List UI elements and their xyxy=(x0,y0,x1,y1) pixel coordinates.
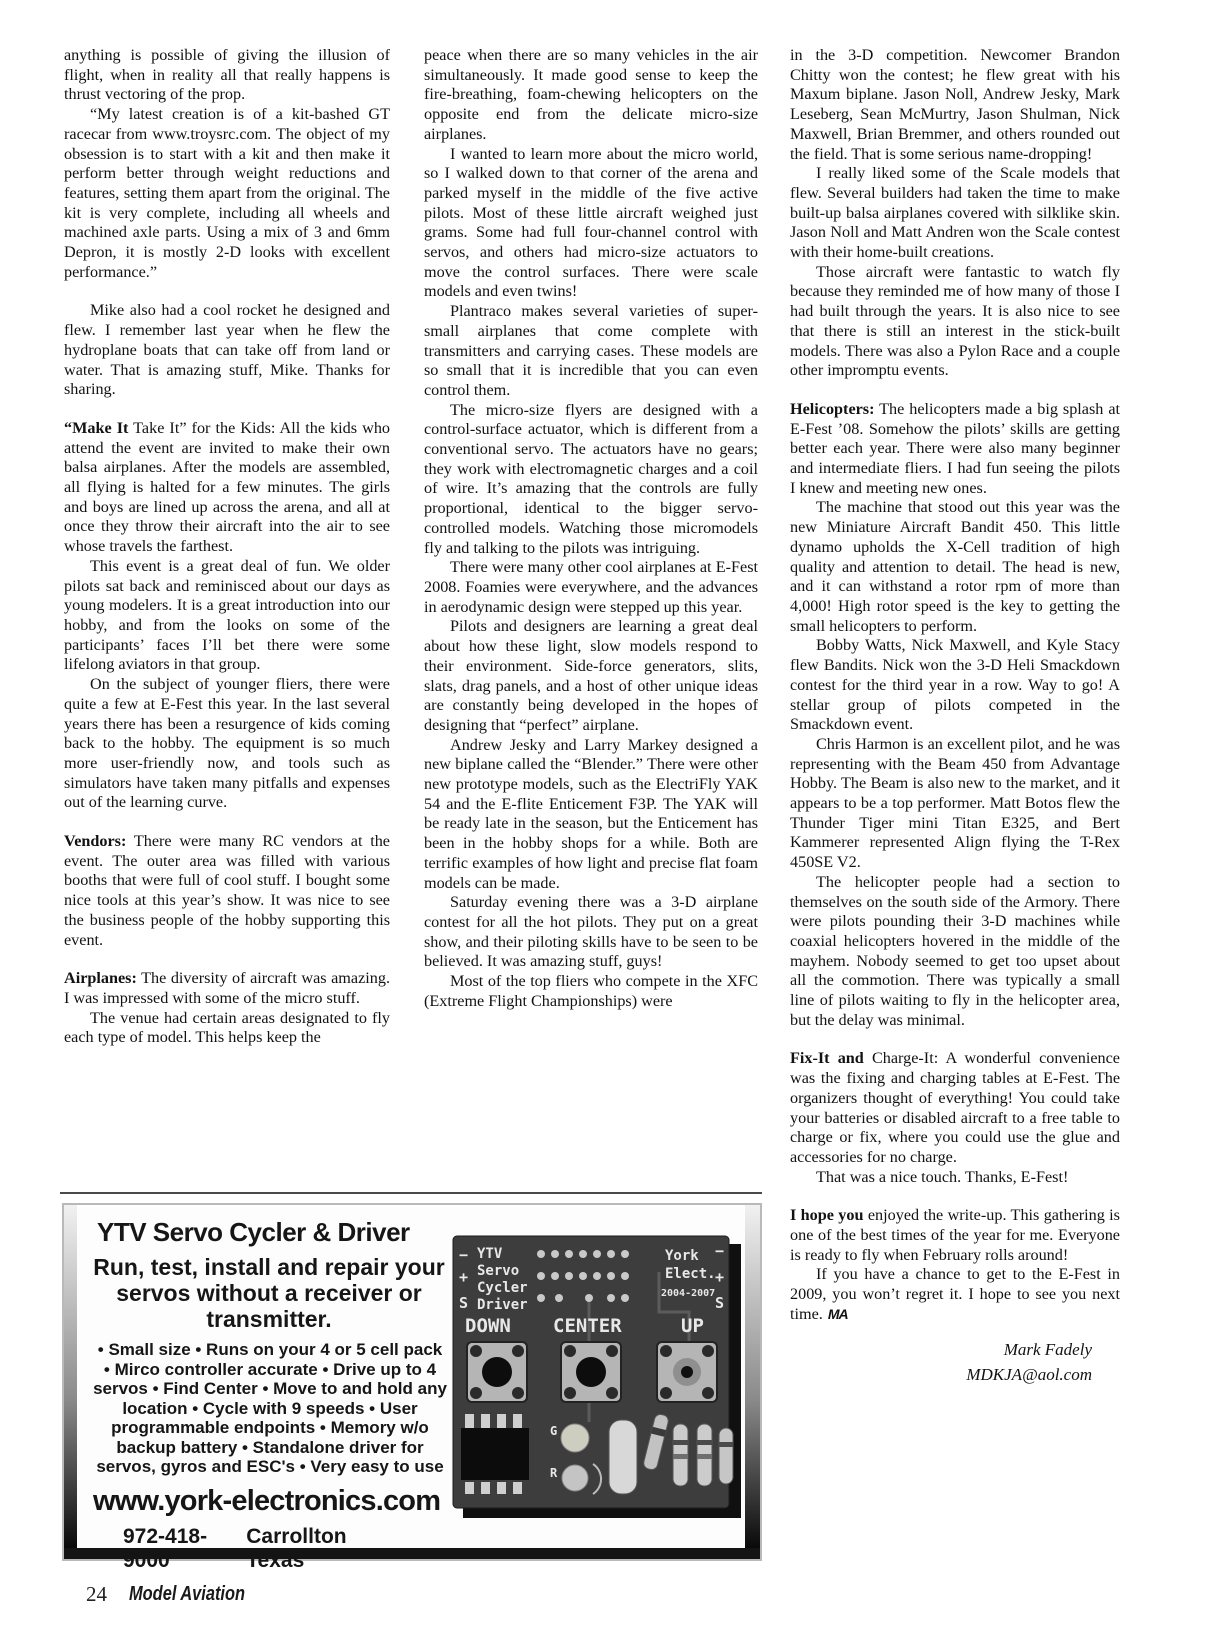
paragraph: On the subject of younger fliers, there … xyxy=(64,675,390,813)
paragraph: The venue had certain areas designated t… xyxy=(64,1009,390,1048)
paragraph: There were many other cool airplanes at … xyxy=(424,558,758,617)
paragraph: I wanted to learn more about the micro w… xyxy=(424,145,758,303)
column-3: in the 3-D competition. Newcomer Brandon… xyxy=(790,46,1120,1325)
author-signature: Mark Fadely MDKJA@aol.com xyxy=(790,1337,1120,1387)
board-label-years: 2004-2007 xyxy=(661,1288,715,1299)
text-column-1: anything is possible of giving the illus… xyxy=(64,46,390,1184)
ad-title: YTV Servo Cycler & Driver xyxy=(97,1217,449,1248)
paragraph: Pilots and designers are learning a grea… xyxy=(424,617,758,735)
ad-text-block: YTV Servo Cycler & Driver Run, test, ins… xyxy=(77,1207,449,1548)
paragraph: Chris Harmon is an excellent pilot, and … xyxy=(790,735,1120,873)
divider-rule xyxy=(60,1192,762,1194)
board-button-label-down: DOWN xyxy=(465,1315,511,1337)
paragraph: Those aircraft were fantastic to watch f… xyxy=(790,263,1120,381)
board-label-york: York xyxy=(665,1248,699,1264)
board-label-driver: Driver xyxy=(477,1297,528,1313)
text-column-3: in the 3-D competition. Newcomer Brandon… xyxy=(790,46,1120,1387)
board-button-label-up: UP xyxy=(681,1315,704,1337)
paragraph: peace when there are so many vehicles in… xyxy=(424,46,758,145)
paragraph: in the 3-D competition. Newcomer Brandon… xyxy=(790,46,1120,164)
ad-subtitle: Run, test, install and repair your servo… xyxy=(93,1255,445,1332)
board-label-elect: Elect. xyxy=(665,1266,716,1282)
board-label-servo: Servo xyxy=(477,1263,519,1279)
board-left-symbol-plus: + xyxy=(459,1268,468,1286)
paragraph: That was a nice touch. Thanks, E-Fest! xyxy=(790,1168,1120,1188)
paragraph: If you have a chance to get to the E-Fes… xyxy=(790,1265,1120,1324)
paragraph: Mike also had a cool rocket he designed … xyxy=(64,301,390,400)
page-number: 24 xyxy=(86,1582,107,1607)
ad-feature-list: • Small size • Runs on your 4 or 5 cell … xyxy=(93,1340,447,1477)
paragraph: “My latest creation is of a kit-bashed G… xyxy=(64,105,390,282)
board-led-label-g: G xyxy=(550,1424,557,1438)
paragraph: Most of the top fliers who compete in th… xyxy=(424,972,758,1011)
paragraph: The helicopter people had a section to t… xyxy=(790,873,1120,1031)
paragraph: The machine that stood out this year was… xyxy=(790,498,1120,636)
board-left-symbol-minus: − xyxy=(459,1246,468,1264)
ad-frame-left xyxy=(64,1205,77,1559)
board-label-cycler: Cycler xyxy=(477,1280,528,1296)
board-right-symbol-s: S xyxy=(715,1294,724,1312)
end-of-article-mark: MA xyxy=(828,1306,848,1322)
ad-frame-right xyxy=(745,1205,760,1559)
led-green xyxy=(561,1424,589,1452)
tact-switch-down xyxy=(467,1342,527,1402)
capacitor xyxy=(609,1420,637,1494)
text-column-2: peace when there are so many vehicles in… xyxy=(424,46,758,1184)
magazine-logo: Model Aviation xyxy=(129,1583,245,1606)
paragraph: Helicopters: The helicopters made a big … xyxy=(790,400,1120,499)
resistors xyxy=(673,1424,733,1486)
paragraph: Fix-It and Charge-It: A wonderful conven… xyxy=(790,1049,1120,1167)
paragraph: Vendors: There were many RC vendors at t… xyxy=(64,832,390,950)
column-1: anything is possible of giving the illus… xyxy=(64,46,390,1048)
led-red xyxy=(562,1465,588,1491)
paragraph: anything is possible of giving the illus… xyxy=(64,46,390,105)
paragraph: Airplanes: The diversity of aircraft was… xyxy=(64,969,390,1008)
paragraph: Bobby Watts, Nick Maxwell, and Kyle Stac… xyxy=(790,636,1120,735)
ad-website: www.york-electronics.com xyxy=(93,1485,449,1518)
paragraph: Saturday evening there was a 3-D airplan… xyxy=(424,893,758,972)
circuit-board-svg: − + S YTV Servo Cycler Driver York Elect… xyxy=(449,1232,745,1524)
paragraph: The micro-size flyers are designed with … xyxy=(424,401,758,559)
circuit-board-photo: − + S YTV Servo Cycler Driver York Elect… xyxy=(449,1207,745,1548)
board-led-label-r: R xyxy=(550,1466,558,1480)
signature-name: Mark Fadely xyxy=(790,1337,1092,1362)
paragraph: This event is a great deal of fun. We ol… xyxy=(64,557,390,675)
board-button-label-center: CENTER xyxy=(553,1315,622,1337)
board-right-symbol-plus: + xyxy=(715,1268,724,1286)
paragraph: I hope you enjoyed the write-up. This ga… xyxy=(790,1206,1120,1265)
ad-inner: YTV Servo Cycler & Driver Run, test, ins… xyxy=(77,1207,745,1548)
paragraph: I really liked some of the Scale models … xyxy=(790,164,1120,263)
paragraph: Andrew Jesky and Larry Markey designed a… xyxy=(424,736,758,894)
board-right-symbol-minus: − xyxy=(715,1242,724,1260)
signature-email: MDKJA@aol.com xyxy=(790,1362,1092,1387)
ad-frame-bottom xyxy=(64,1548,760,1559)
magazine-page: anything is possible of giving the illus… xyxy=(0,0,1211,1633)
board-label-ytv: YTV xyxy=(477,1246,503,1262)
advertisement: YTV Servo Cycler & Driver Run, test, ins… xyxy=(62,1203,762,1561)
board-left-symbol-s: S xyxy=(459,1294,468,1312)
paragraph: “Make It Take It” for the Kids: All the … xyxy=(64,419,390,557)
column-2: peace when there are so many vehicles in… xyxy=(424,46,758,1011)
paragraph: Plantraco makes several varieties of sup… xyxy=(424,302,758,401)
tact-switch-up xyxy=(657,1342,717,1402)
tact-switch-center xyxy=(561,1342,621,1402)
